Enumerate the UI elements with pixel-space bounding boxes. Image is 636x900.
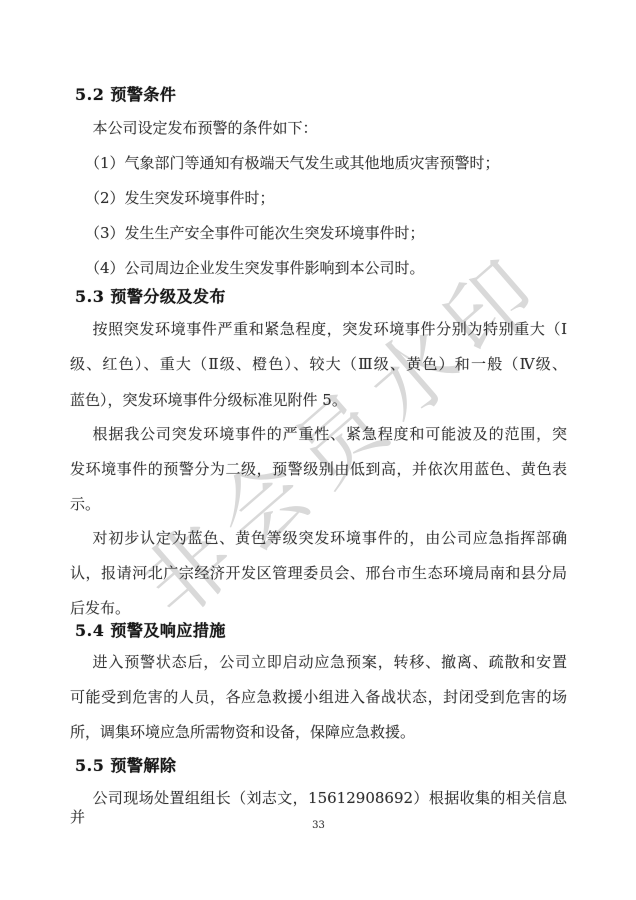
list-item-1: （1）气象部门等通知有极端天气发生或其他地质灾害预警时； <box>70 154 567 173</box>
paragraph-line: 发环境事件的预警分为二级，预警级别由低到高，并依次用蓝色、黄色表 <box>70 460 567 479</box>
list-item-2: （2）发生突发环境事件时； <box>70 189 567 208</box>
paragraph-line: 按照突发环境事件严重和紧急程度，突发环境事件分别为特别重大（Ⅰ <box>70 320 567 339</box>
paragraph-line: 本公司设定发布预警的条件如下： <box>70 119 567 138</box>
document-page: 非会员水印 5.2 预警条件 本公司设定发布预警的条件如下： （1）气象部门等通… <box>0 0 636 900</box>
paragraph-line: 后发布。 <box>70 599 567 618</box>
section-heading-5-4: 5.4 预警及响应措施 <box>75 621 572 640</box>
paragraph-line: 根据我公司突发环境事件的严重性、紧急程度和可能波及的范围，突 <box>70 425 567 444</box>
section-heading-5-5: 5.5 预警解除 <box>75 756 572 775</box>
paragraph-line: 蓝色），突发环境事件分级标准见附件 5。 <box>70 391 567 410</box>
list-item-4: （4）公司周边企业发生突发事件影响到本公司时。 <box>70 259 567 278</box>
paragraph-line: 示。 <box>70 495 567 514</box>
section-heading-5-3: 5.3 预警分级及发布 <box>75 287 572 306</box>
paragraph-line: 可能受到危害的人员，各应急救援小组进入备战状态，封闭受到危害的场 <box>70 688 567 707</box>
paragraph-line: 进入预警状态后，公司立即启动应急预案，转移、撤离、疏散和安置 <box>70 653 567 672</box>
paragraph-line: 公司现场处置组组长（刘志文，15612908692）根据收集的相关信息并 <box>70 789 567 808</box>
list-item-3: （3）发生生产安全事件可能次生突发环境事件时； <box>70 224 567 243</box>
paragraph-line: 认，报请河北广宗经济开发区管理委员会、邢台市生态环境局南和县分局 <box>70 564 567 583</box>
paragraph-line: 所，调集环境应急所需物资和设备，保障应急救援。 <box>70 723 567 742</box>
paragraph-line: 级、红色）、重大（Ⅱ级、橙色）、较大（Ⅲ级、黄色）和一般（Ⅳ级、 <box>70 355 567 374</box>
section-heading-5-2: 5.2 预警条件 <box>75 85 572 104</box>
paragraph-line: 对初步认定为蓝色、黄色等级突发环境事件的，由公司应急指挥部确 <box>70 529 567 548</box>
page-number: 33 <box>70 820 567 831</box>
